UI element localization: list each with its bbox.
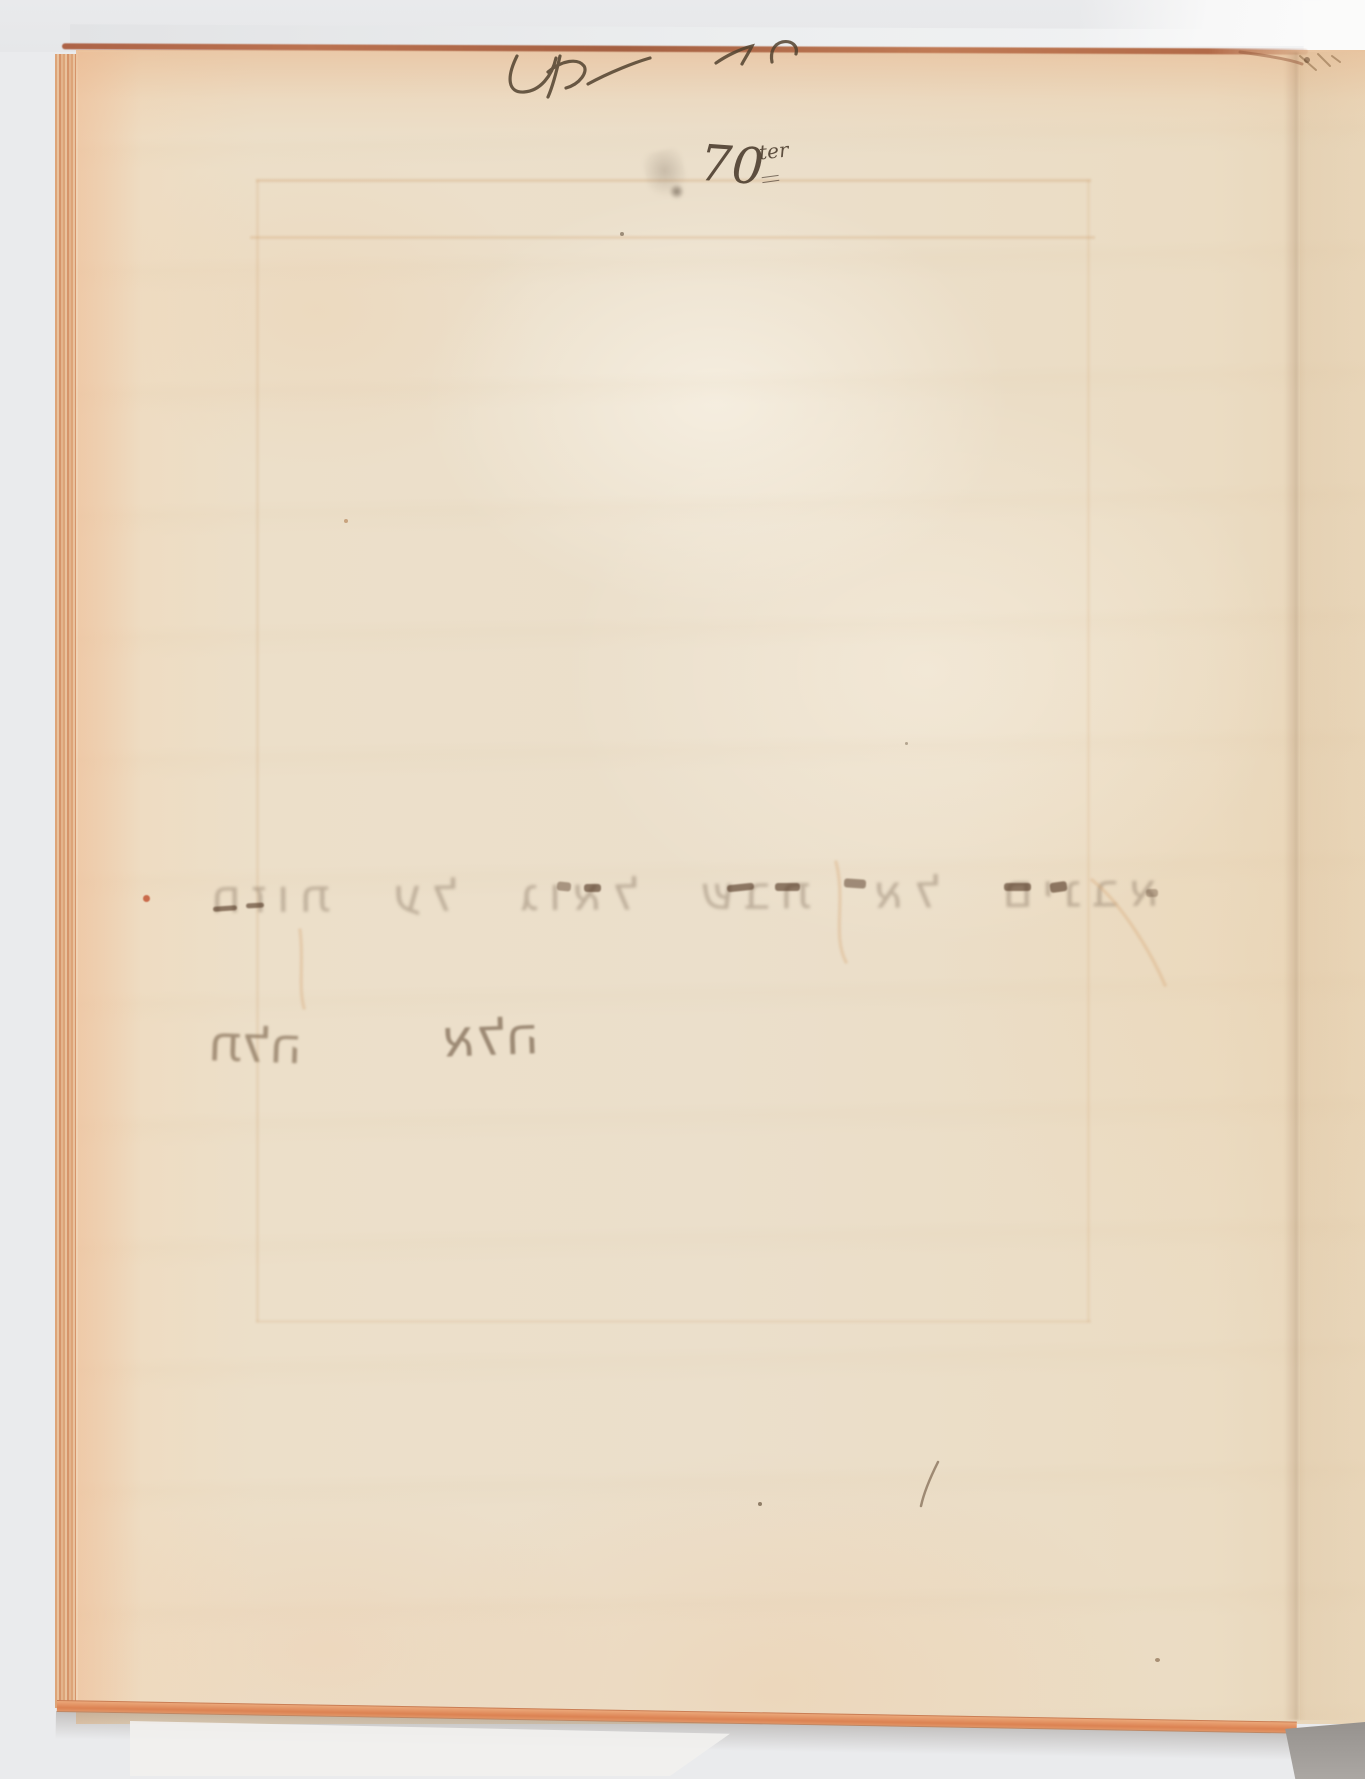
top-inscription-strokes (510, 42, 796, 97)
ink-slash-mark (921, 1462, 938, 1506)
ink-stroke (510, 56, 556, 92)
gutter-fray-fibers (1300, 54, 1340, 70)
ink-stroke (716, 46, 752, 64)
fiber-stroke (1318, 54, 1330, 66)
bleed-squiggle (300, 930, 304, 1008)
top-inscription (0, 0, 1365, 1779)
fiber-blob (1304, 57, 1310, 63)
ink-stroke (588, 58, 650, 84)
tan-bleed-squiggles (300, 862, 1165, 1008)
top-edge-dip (1240, 52, 1302, 64)
bleed-squiggle (1092, 880, 1165, 985)
book-page-photo: 70 ter חזות על גואל שבת אל םינבא תלה אלה (0, 0, 1365, 1779)
ink-stroke (771, 42, 796, 62)
ink-stroke-overlay (0, 0, 1365, 1779)
bleed-squiggle (836, 862, 846, 962)
fiber-stroke (1332, 56, 1340, 62)
